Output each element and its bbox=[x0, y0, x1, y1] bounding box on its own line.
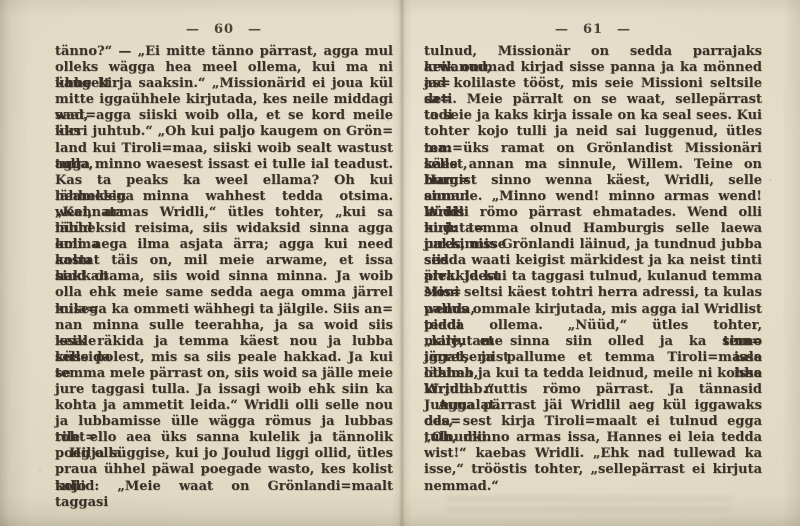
text-line: mitte iggaühhele kirjutada, kes neile mi… bbox=[55, 92, 393, 108]
text-line: tulnud, Missionär on sedda parrajaks arw… bbox=[424, 44, 762, 60]
book-gutter bbox=[392, 0, 412, 526]
page-number: 61 bbox=[583, 22, 603, 37]
text-line: weel, armas Wridli,“ ütles tohter, „kui … bbox=[55, 205, 393, 221]
text-line: Wridli nuttis römo pärrast. Ja tännasid … bbox=[424, 382, 762, 398]
header-dash-left: — bbox=[172, 22, 214, 37]
text-line: jad kolilaste tööst, mis seie Missioni s… bbox=[424, 76, 762, 92]
text-line: des, sest kirja Tiroli=maalt ei tulnud e… bbox=[424, 414, 762, 430]
text-line: land kui Tiroli=maa, siiski woib sealt w… bbox=[55, 141, 393, 157]
text-line: Hilja süggise, kui jo Joulud liggi ollid… bbox=[55, 446, 393, 462]
text-line: wad, agga siiski woib olla, et se kord m… bbox=[55, 108, 393, 124]
page-number-header: —60— bbox=[55, 22, 393, 37]
text-line: ühhe kirja saaksin.“ „Missionärid ei jou… bbox=[55, 76, 393, 92]
text-line: koli aega ilma asjata ärra; agga kui nee… bbox=[55, 237, 393, 253]
text-line: teada ollema. „Nüüd,“ ütles tohter, „kir… bbox=[424, 318, 762, 334]
text-line: praua ühhel päwal poegade wasto, kes kol… bbox=[55, 462, 393, 478]
text-line: nemmad.“ bbox=[424, 479, 762, 495]
text-line: selle annan ma sinnule, Willem. Teine on… bbox=[424, 157, 762, 173]
text-line: rile ello aea üks sanna kulelik ja tänno… bbox=[55, 430, 393, 446]
page-number-header: —61— bbox=[424, 22, 762, 37]
text-line: burgist sinno wenna käest, Wridli, selle… bbox=[424, 173, 762, 189]
text-line: deti. Meie pärralt on se waat, sellepärr… bbox=[424, 92, 762, 108]
text-line: aastat täis on, mil meie arwame, et issa… bbox=[55, 253, 393, 269]
text-line: Agga pärrast jäi Wridlil aeg kül iggawak… bbox=[424, 398, 762, 414]
text-line: isse,“ trööstis tohter, „sellepärrast ei… bbox=[424, 462, 762, 478]
text-line: agga minno waesest issast ei tulle ial t… bbox=[55, 157, 393, 173]
text-line: olla ehk meie same sedda aega omma järre… bbox=[55, 285, 393, 301]
text-line: selle polest, mis sa siis peale hakkad. … bbox=[55, 350, 393, 366]
text-line: ma: üks ramat on Grönlandist Missionäri … bbox=[424, 141, 762, 157]
text-line: keik räkida ja temma käest nou ja lubba … bbox=[55, 334, 393, 350]
text-line: sioni seltsi käest tohtri herra adressi,… bbox=[424, 285, 762, 301]
text-line: Kas ta peaks ka weel ellama? Oh kui heam… bbox=[55, 173, 393, 189]
text-line: keik ommad kirjad sisse panna ja ka mönn… bbox=[424, 60, 762, 76]
page-61: —61— tulnud, Missionär on sedda parrajak… bbox=[424, 0, 762, 526]
page-60: —60— tänno?“ — „Ei mitte tänno pärrast, … bbox=[55, 0, 393, 526]
text-line: otsima ja kui ta tedda leidnud, meile ni… bbox=[424, 366, 762, 382]
text-line: lähheksin minna wahhest tedda otsima. „K… bbox=[55, 189, 393, 205]
text-line: kirri juhtub.“ „Oh kui paljo kaugem on G… bbox=[55, 124, 393, 140]
page-text-60: tänno?“ — „Ei mitte tänno pärrast, agga … bbox=[55, 44, 393, 495]
text-line: pallus ommale kirjutada, mis agga ial Wr… bbox=[424, 302, 762, 318]
text-line: Wridli römo pärrast ehmatades. Wend olli… bbox=[424, 205, 762, 221]
text-line: misega ka ommeti wähhegi ta jälgile. Sii… bbox=[55, 302, 393, 318]
text-line: jures, mis Grönlandi läinud, ja tundnud … bbox=[424, 237, 762, 253]
text-line: jure taggasi tulla. Ja issagi woib ehk s… bbox=[55, 382, 393, 398]
page-showthrough-ghost-text bbox=[446, 496, 732, 518]
text-line: ta seie ja kaks kirja issale on ka seal … bbox=[424, 108, 762, 124]
text-line: ja lubbamisse ülle wägga römus ja lubbas… bbox=[55, 414, 393, 430]
text-line: sedda waati keigist märkidest ja ka neis… bbox=[424, 253, 762, 269]
text-line: tänno?“ — „Ei mitte tänno pärrast, agga … bbox=[55, 44, 393, 60]
header-dash-right: — bbox=[603, 22, 645, 37]
page-text-61: tulnud, Missionär on sedda parrajaks arw… bbox=[424, 44, 762, 495]
text-line: wist!“ kaebas Wridli. „Ehk nad tullewad … bbox=[424, 446, 762, 462]
text-line: tullid: „Meie waat on Grönlandi=maalt ta… bbox=[55, 479, 393, 495]
text-line: tohter kojo tulli ja neid sai luggenud, … bbox=[424, 124, 762, 140]
text-line: sind otama, siis woid sinna minna. Ja wo… bbox=[55, 269, 393, 285]
page-number: 60 bbox=[214, 22, 234, 37]
text-line: ärra. Ja kui ta taggasi tulnud, kulanud … bbox=[424, 269, 762, 285]
text-line: male, et sinna siin olled ja ka sinno ig… bbox=[424, 334, 762, 350]
header-dash-right: — bbox=[234, 22, 276, 37]
text-line: temma mele pärrast on, siis woid sa jäll… bbox=[55, 366, 393, 382]
text-line: nud: temma olnud Hamburgis selle laewa p… bbox=[424, 221, 762, 237]
text-line: „Oh, minno armas issa, Hannes ei leia te… bbox=[424, 430, 762, 446]
text-line: järrel, ja pallume et temma Tiroli=maale… bbox=[424, 350, 762, 366]
text-line: sinnule. „Minno wend! minno armas wend! … bbox=[424, 189, 762, 205]
book-scan: —60— tänno?“ — „Ei mitte tänno pärrast, … bbox=[0, 0, 800, 526]
text-line: lähheksid reisima, siis widaksid sinna a… bbox=[55, 221, 393, 237]
text-line: nan minna sulle teerahha, ja sa woid sii… bbox=[55, 318, 393, 334]
text-line: olleks wägga hea meel ollema, kui ma ni … bbox=[55, 60, 393, 76]
header-dash-left: — bbox=[541, 22, 583, 37]
text-line: kohta ja ammetit leida.“ Wridli olli sel… bbox=[55, 398, 393, 414]
